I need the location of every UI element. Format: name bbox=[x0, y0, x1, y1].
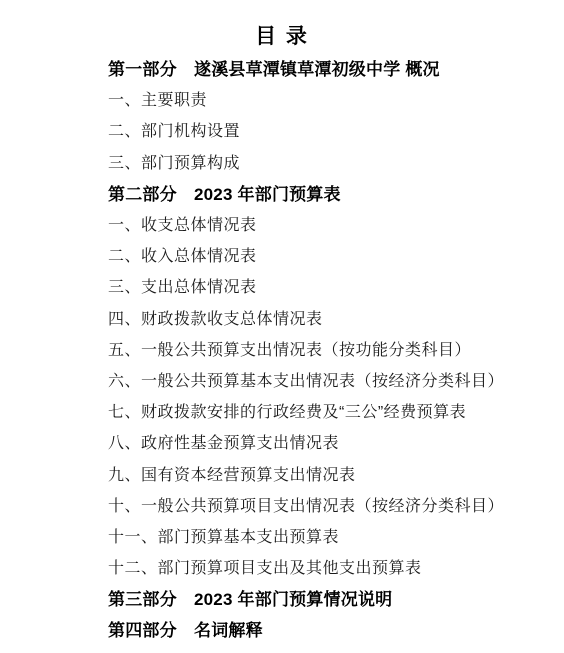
toc-section-heading-part4: 第四部分 名词解释 bbox=[108, 613, 558, 644]
toc-item: 五、一般公共预算支出情况表（按功能分类科目） bbox=[108, 333, 558, 364]
toc-item: 一、收支总体情况表 bbox=[108, 208, 558, 239]
toc-item: 七、财政拨款安排的行政经费及“三公”经费预算表 bbox=[108, 395, 558, 426]
toc-item: 十二、部门预算项目支出及其他支出预算表 bbox=[108, 551, 558, 582]
toc-item: 八、政府性基金预算支出情况表 bbox=[108, 426, 558, 457]
toc-title: 目 录 bbox=[0, 25, 564, 49]
toc-item: 三、部门预算构成 bbox=[108, 146, 558, 177]
toc-item: 三、支出总体情况表 bbox=[108, 270, 558, 301]
toc-item: 二、部门机构设置 bbox=[108, 114, 558, 145]
toc-section-heading-part1: 第一部分 遂溪县草潭镇草潭初级中学 概况 bbox=[108, 52, 558, 83]
toc-item: 二、收入总体情况表 bbox=[108, 239, 558, 270]
toc-item: 一、主要职责 bbox=[108, 83, 558, 114]
toc-item: 十、一般公共预算项目支出情况表（按经济分类科目） bbox=[108, 489, 558, 520]
toc-item: 九、国有资本经营预算支出情况表 bbox=[108, 457, 558, 488]
toc-item: 六、一般公共预算基本支出情况表（按经济分类科目） bbox=[108, 364, 558, 395]
toc-section-heading-part3: 第三部分 2023 年部门预算情况说明 bbox=[108, 582, 558, 613]
document-page: 目 录 第一部分 遂溪县草潭镇草潭初级中学 概况 一、主要职责 二、部门机构设置… bbox=[0, 0, 564, 653]
toc-list: 第一部分 遂溪县草潭镇草潭初级中学 概况 一、主要职责 二、部门机构设置 三、部… bbox=[108, 52, 558, 645]
toc-item: 十一、部门预算基本支出预算表 bbox=[108, 520, 558, 551]
toc-item: 四、财政拨款收支总体情况表 bbox=[108, 302, 558, 333]
toc-section-heading-part2: 第二部分 2023 年部门预算表 bbox=[108, 177, 558, 208]
